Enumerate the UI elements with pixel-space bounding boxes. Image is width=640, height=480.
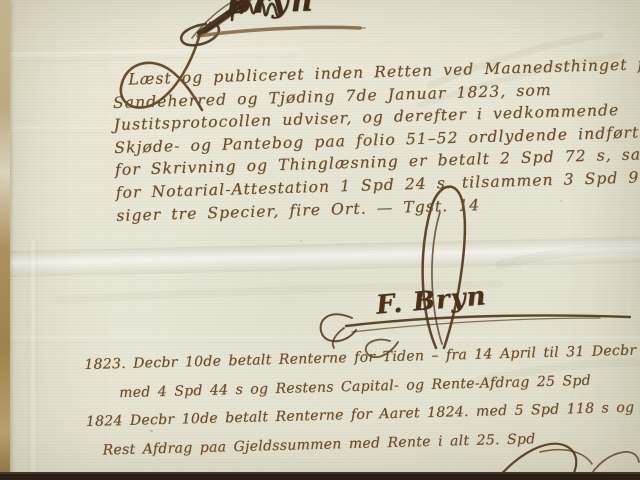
paper-stain xyxy=(300,240,302,242)
signature-top: Bryn xyxy=(225,0,315,22)
paper-crease xyxy=(0,237,640,278)
paper-crease xyxy=(0,47,300,62)
main-paragraph: Læst og publiceret inden Retten ved Maan… xyxy=(112,53,640,227)
ledger-entries: 1823. Decbr 10de betalt Renterne for Tid… xyxy=(84,336,640,465)
manuscript-photo: Bryn Læst og publiceret inden Retten ved… xyxy=(0,0,640,480)
signature-bryn: F. Bryn xyxy=(375,281,488,321)
paper-crease xyxy=(28,240,38,480)
paper-crease xyxy=(0,126,130,134)
paper-fold-edge xyxy=(0,0,10,480)
photo-bottom-edge xyxy=(0,472,640,480)
